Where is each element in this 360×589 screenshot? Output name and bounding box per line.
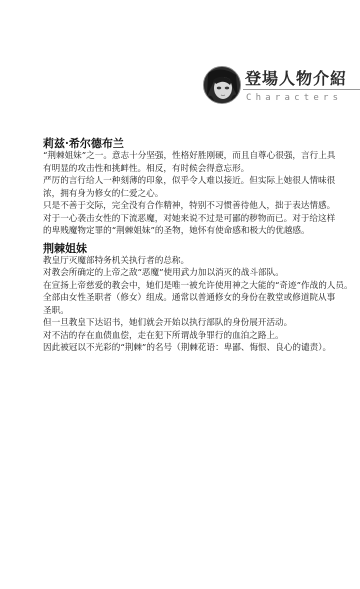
- page-subtitle: Characters: [246, 93, 342, 103]
- text-line: 对不洁的存在血债血偿，走在犯下所谓战争罪行的血泊之路上。: [43, 330, 343, 343]
- text-line: 圣职。: [43, 305, 343, 318]
- page-header: 登場人物介紹 Characters: [203, 64, 360, 110]
- section-heading: 莉兹·希尔德布兰: [43, 137, 343, 150]
- text-line: 有明显的攻击性和挑衅性。相反，有时候会得意忘形。: [43, 163, 343, 176]
- text-line: 但一旦教皇下达诏书，她们就会开始以执行部队的身份展开活动。: [43, 317, 343, 330]
- text-line: 对于一心袭击女性的下流恶魔，对她来说不过是可鄙的秽物而已。对于给这样: [43, 213, 343, 226]
- character-section-thorn-sisters: 荆棘姐妹 教皇厅灭魔部特务机关执行者的总称。 对教会所确定的上帝之敌“恶魔”使用…: [43, 242, 343, 355]
- page-title: 登場人物介紹: [245, 66, 347, 89]
- text-line: 严厉的言行给人一种刻薄的印象，似乎令人难以接近。但实际上她很人情味很: [43, 175, 343, 188]
- section-heading: 荆棘姐妹: [43, 242, 343, 255]
- text-line: 的卑贱魔物定罪的“荆棘姐妹”的圣物，她怀有使命感和极大的优越感。: [43, 225, 343, 238]
- text-line: 因此被冠以不光彩的“荆棘”的名号（荆棘花语：卑鄙、悔恨、良心的谴责）。: [43, 342, 343, 355]
- text-line: 浓，拥有身为修女的仁爱之心。: [43, 188, 343, 201]
- text-line: 教皇厅灭魔部特务机关执行者的总称。: [43, 255, 343, 268]
- text-line: “荆棘姐妹”之一。意志十分坚强，性格好胜刚硬，而且自尊心很强，言行上具: [43, 150, 343, 163]
- header-divider: [243, 89, 360, 90]
- text-line: 只是不善于交际，完全没有合作精神，特别不习惯善待他人，拙于表达情感。: [43, 200, 343, 213]
- text-line: 全部由女性圣职者（修女）组成。通常以普通修女的身份在教堂或修道院从事: [43, 292, 343, 305]
- character-descriptions: 莉兹·希尔德布兰 “荆棘姐妹”之一。意志十分坚强，性格好胜刚硬，而且自尊心很强，…: [43, 137, 343, 355]
- text-line: 在宣扬上帝慈爱的教会中，她们是唯一被允许使用神之大能的“奇迹”作战的人员。: [43, 280, 343, 293]
- character-portrait-icon: [203, 66, 241, 104]
- character-section-liz: 莉兹·希尔德布兰 “荆棘姐妹”之一。意志十分坚强，性格好胜刚硬，而且自尊心很强，…: [43, 137, 343, 238]
- text-line: 对教会所确定的上帝之敌“恶魔”使用武力加以消灭的战斗部队。: [43, 267, 343, 280]
